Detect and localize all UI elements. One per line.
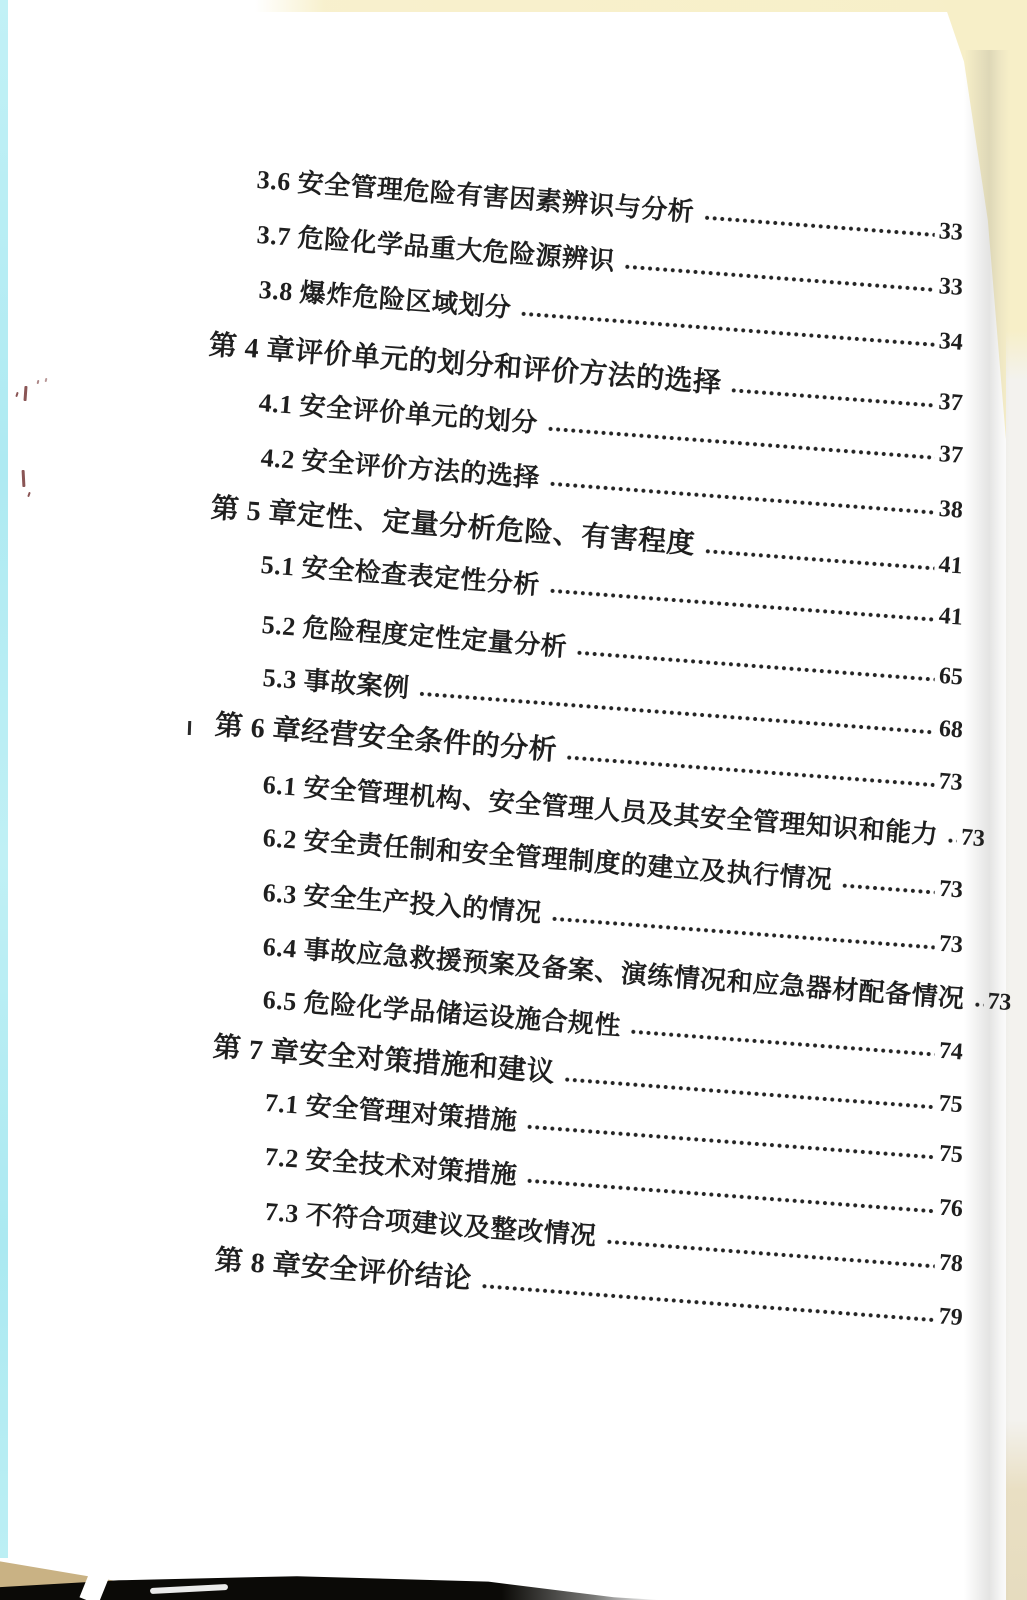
toc-dot-leader xyxy=(565,755,934,789)
toc-page-number: 33 xyxy=(938,219,964,245)
toc-page-number: 68 xyxy=(938,717,964,743)
toc-dot-leader xyxy=(629,1029,935,1058)
pen-mark xyxy=(45,378,48,382)
toc-page-number: 79 xyxy=(938,1305,964,1331)
toc-dot-leader xyxy=(946,838,956,845)
toc-dot-leader xyxy=(563,1077,934,1111)
ink-tick xyxy=(188,721,191,735)
toc-entry-label: 3.8 爆炸危险区域划分 xyxy=(258,275,512,323)
toc-dot-leader xyxy=(575,650,934,683)
toc-page-number: 74 xyxy=(938,1039,964,1065)
toc-page-number: 75 xyxy=(938,1142,964,1168)
toc-dot-leader xyxy=(605,1239,935,1270)
toc-dot-leader xyxy=(623,264,935,293)
toc-page-number: 73 xyxy=(938,877,964,903)
pen-mark xyxy=(15,392,18,397)
toc-page-number: 65 xyxy=(938,664,964,690)
scan-edge-left xyxy=(0,0,8,1558)
toc-entry-label: 5.2 危险程度定性定量分析 xyxy=(261,610,568,662)
toc-page-number: 73 xyxy=(986,990,1012,1016)
toc-dot-leader xyxy=(703,548,934,571)
pen-mark xyxy=(37,380,40,384)
toc-page-number: 34 xyxy=(938,329,964,355)
toc-page-number: 73 xyxy=(960,826,986,852)
toc-entry-label: 第 8 章安全评价结论 xyxy=(214,1245,473,1296)
toc-dot-leader xyxy=(526,1178,935,1215)
toc-entry-label: 6.5 危险化学品储运设施合规性 xyxy=(262,985,622,1041)
toc-page-number: 38 xyxy=(938,497,964,523)
toc-entry-label: 7.1 安全管理对策措施 xyxy=(264,1088,518,1136)
toc-dot-leader xyxy=(526,1124,935,1161)
toc-page-number: 37 xyxy=(938,442,964,468)
scanned-toc-page: { "toc": { "entries": [ {"label": "3.6 安… xyxy=(0,0,1027,1600)
toc-dot-leader xyxy=(548,481,935,516)
toc-entry-label: 4.2 安全评价方法的选择 xyxy=(260,443,541,493)
toc-entry-label: 第 5 章定性、定量分析危险、有害程度 xyxy=(210,493,697,561)
toc-entry-label: 5.3 事故案例 xyxy=(262,663,411,703)
toc-page-number: 78 xyxy=(938,1251,964,1277)
toc-entry-label: 7.3 不符合项建议及整改情况 xyxy=(264,1197,598,1251)
toc-dot-leader xyxy=(520,311,935,348)
scan-edge-top xyxy=(255,0,1027,12)
pen-mark xyxy=(22,470,26,487)
toc-dot-leader xyxy=(546,426,935,461)
toc-entry-label: 第 7 章安全对策措施和建议 xyxy=(212,1032,556,1089)
pen-mark xyxy=(23,386,27,401)
toc-dot-leader xyxy=(730,388,935,409)
toc-dot-leader xyxy=(841,883,935,896)
toc-page-number: 41 xyxy=(938,553,964,579)
toc-page-number: 37 xyxy=(938,390,964,416)
toc-page-number: 73 xyxy=(938,770,964,796)
toc-dot-leader xyxy=(548,588,935,623)
toc-dot-leader xyxy=(703,215,935,238)
toc-page-number: 76 xyxy=(938,1196,964,1222)
toc-entry-label: 3.6 安全管理危险有害因素辨识与分析 xyxy=(256,165,695,227)
pen-mark xyxy=(27,492,31,497)
toc-dot-leader xyxy=(973,1001,983,1008)
toc-entry-label: 7.2 安全技术对策措施 xyxy=(264,1142,518,1190)
toc-entry-label: 6.3 安全生产投入的情况 xyxy=(262,878,543,928)
toc-page-number: 41 xyxy=(938,604,964,630)
toc-entry-label: 5.1 安全检查表定性分析 xyxy=(260,550,541,600)
toc-entry-label: 第 6 章经营安全条件的分析 xyxy=(214,710,558,767)
toc-entry-label: 3.7 危险化学品重大危险源辨识 xyxy=(256,220,616,276)
toc-entry-label: 4.1 安全评价单元的划分 xyxy=(258,388,539,438)
toc-page-number: 33 xyxy=(938,274,964,300)
toc-dot-leader xyxy=(480,1283,935,1323)
toc-dot-leader xyxy=(418,691,935,736)
toc-dot-leader xyxy=(550,916,935,951)
toc-page-number: 73 xyxy=(938,932,964,958)
toc-page-number: 75 xyxy=(938,1092,964,1118)
